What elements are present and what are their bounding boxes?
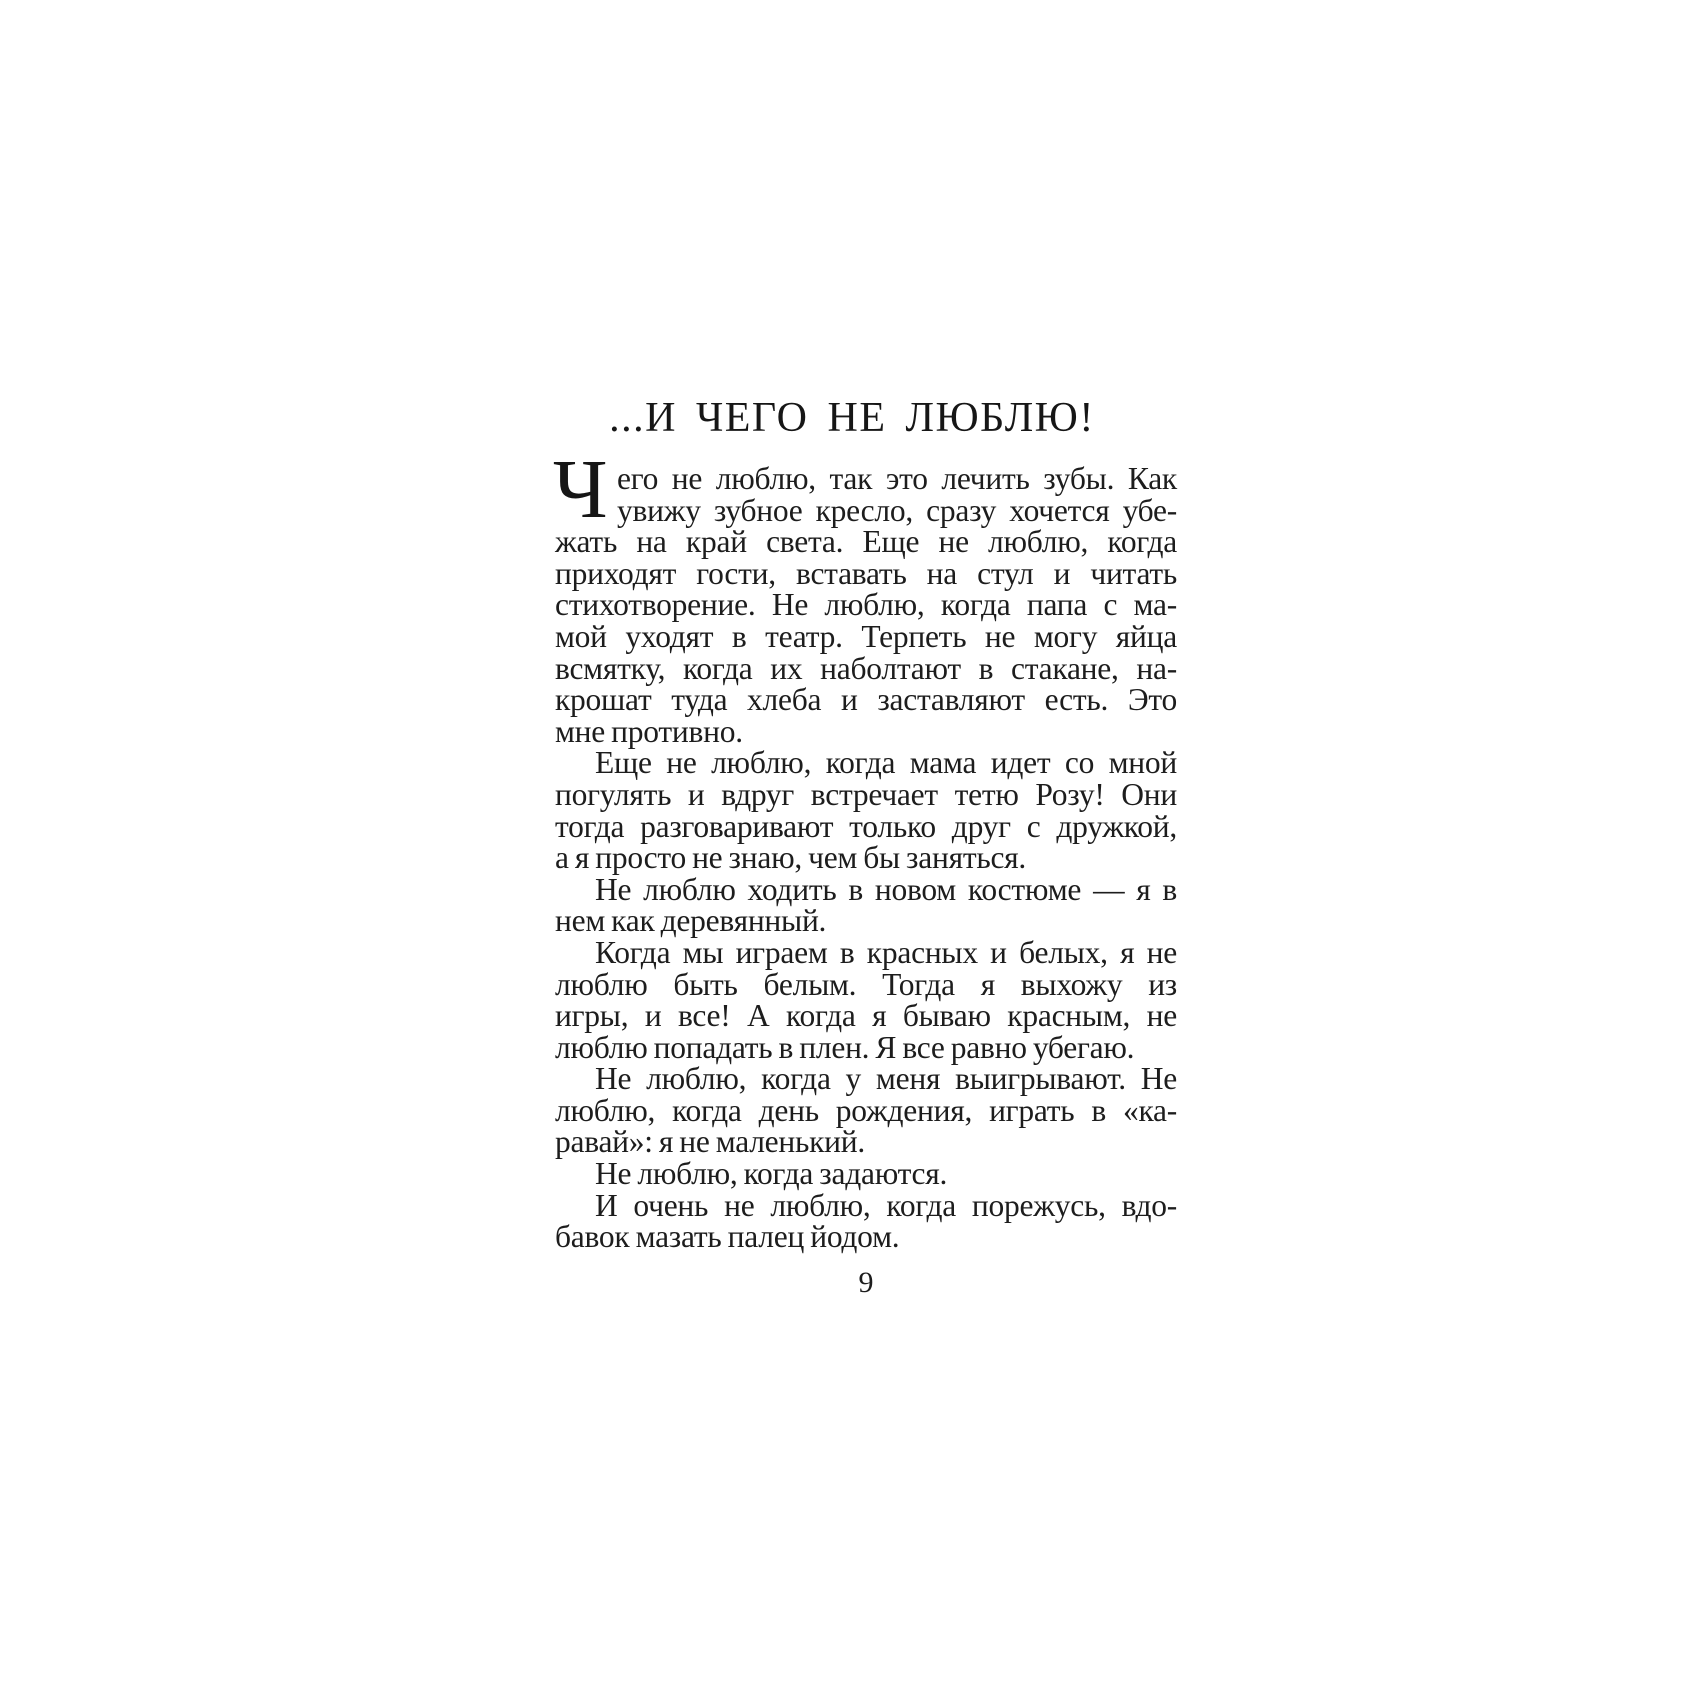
paragraph: Когда мы играем в красных и белых, я нел… <box>555 937 1177 1063</box>
text-line: Когда мы играем в красных и белых, я не <box>555 937 1177 969</box>
text-line: а я просто не знаю, чем бы заняться. <box>555 842 1177 874</box>
text-line: мой уходят в театр. Терпеть не могу яйца <box>555 621 1177 653</box>
text-line: И очень не люблю, когда порежусь, вдо- <box>555 1190 1177 1222</box>
story-body: Чего не люблю, так это лечить зубы. Каку… <box>555 463 1177 1253</box>
text-line: крошат туда хлеба и заставляют есть. Это <box>555 684 1177 716</box>
paragraph: Не люблю, когда у меня выигрывают. Нелюб… <box>555 1063 1177 1158</box>
paragraph: Чего не люблю, так это лечить зубы. Каку… <box>555 463 1177 747</box>
paragraph: Не люблю ходить в новом костюме — я внем… <box>555 874 1177 937</box>
text-line: нем как деревянный. <box>555 905 1177 937</box>
text-line: жать на край света. Еще не люблю, когда <box>555 526 1177 558</box>
text-line: люблю быть белым. Тогда я выхожу из <box>555 969 1177 1001</box>
page-number: 9 <box>555 1265 1177 1301</box>
text-line: Не люблю ходить в новом костюме — я в <box>555 874 1177 906</box>
text-line: стихотворение. Не люблю, когда папа с ма… <box>555 589 1177 621</box>
text-line: всмятку, когда их наболтают в стакане, н… <box>555 653 1177 685</box>
text-line: погулять и вдруг встречает тетю Розу! Он… <box>555 779 1177 811</box>
text-line: игры, и все! А когда я бываю красным, не <box>555 1000 1177 1032</box>
text-line: тогда разговаривают только друг с дружко… <box>555 811 1177 843</box>
text-line: приходят гости, вставать на стул и читат… <box>555 558 1177 590</box>
paragraph: Еще не люблю, когда мама идет со мнойпог… <box>555 747 1177 873</box>
text-line: бавок мазать палец йодом. <box>555 1221 1177 1253</box>
text-line: его не люблю, так это лечить зубы. Как <box>555 463 1177 495</box>
drop-cap-letter: Ч <box>553 448 608 532</box>
paragraph: И очень не люблю, когда порежусь, вдо-ба… <box>555 1190 1177 1253</box>
text-line: равай»: я не маленький. <box>555 1126 1177 1158</box>
text-line: Не люблю, когда у меня выигрывают. Не <box>555 1063 1177 1095</box>
text-line: увижу зубное кресло, сразу хочется убе- <box>555 495 1177 527</box>
book-page: ...И ЧЕГО НЕ ЛЮБЛЮ! Чего не люблю, так э… <box>0 0 1700 1700</box>
paragraph: Не люблю, когда задаются. <box>555 1158 1177 1190</box>
text-block: ...И ЧЕГО НЕ ЛЮБЛЮ! Чего не люблю, так э… <box>555 394 1177 1301</box>
text-line: Не люблю, когда задаются. <box>555 1158 1177 1190</box>
text-line: Еще не люблю, когда мама идет со мной <box>555 747 1177 779</box>
text-line: люблю попадать в плен. Я все равно убега… <box>555 1032 1177 1064</box>
story-title: ...И ЧЕГО НЕ ЛЮБЛЮ! <box>541 394 1163 442</box>
text-line: мне противно. <box>555 716 1177 748</box>
text-line: люблю, когда день рождения, играть в «ка… <box>555 1095 1177 1127</box>
